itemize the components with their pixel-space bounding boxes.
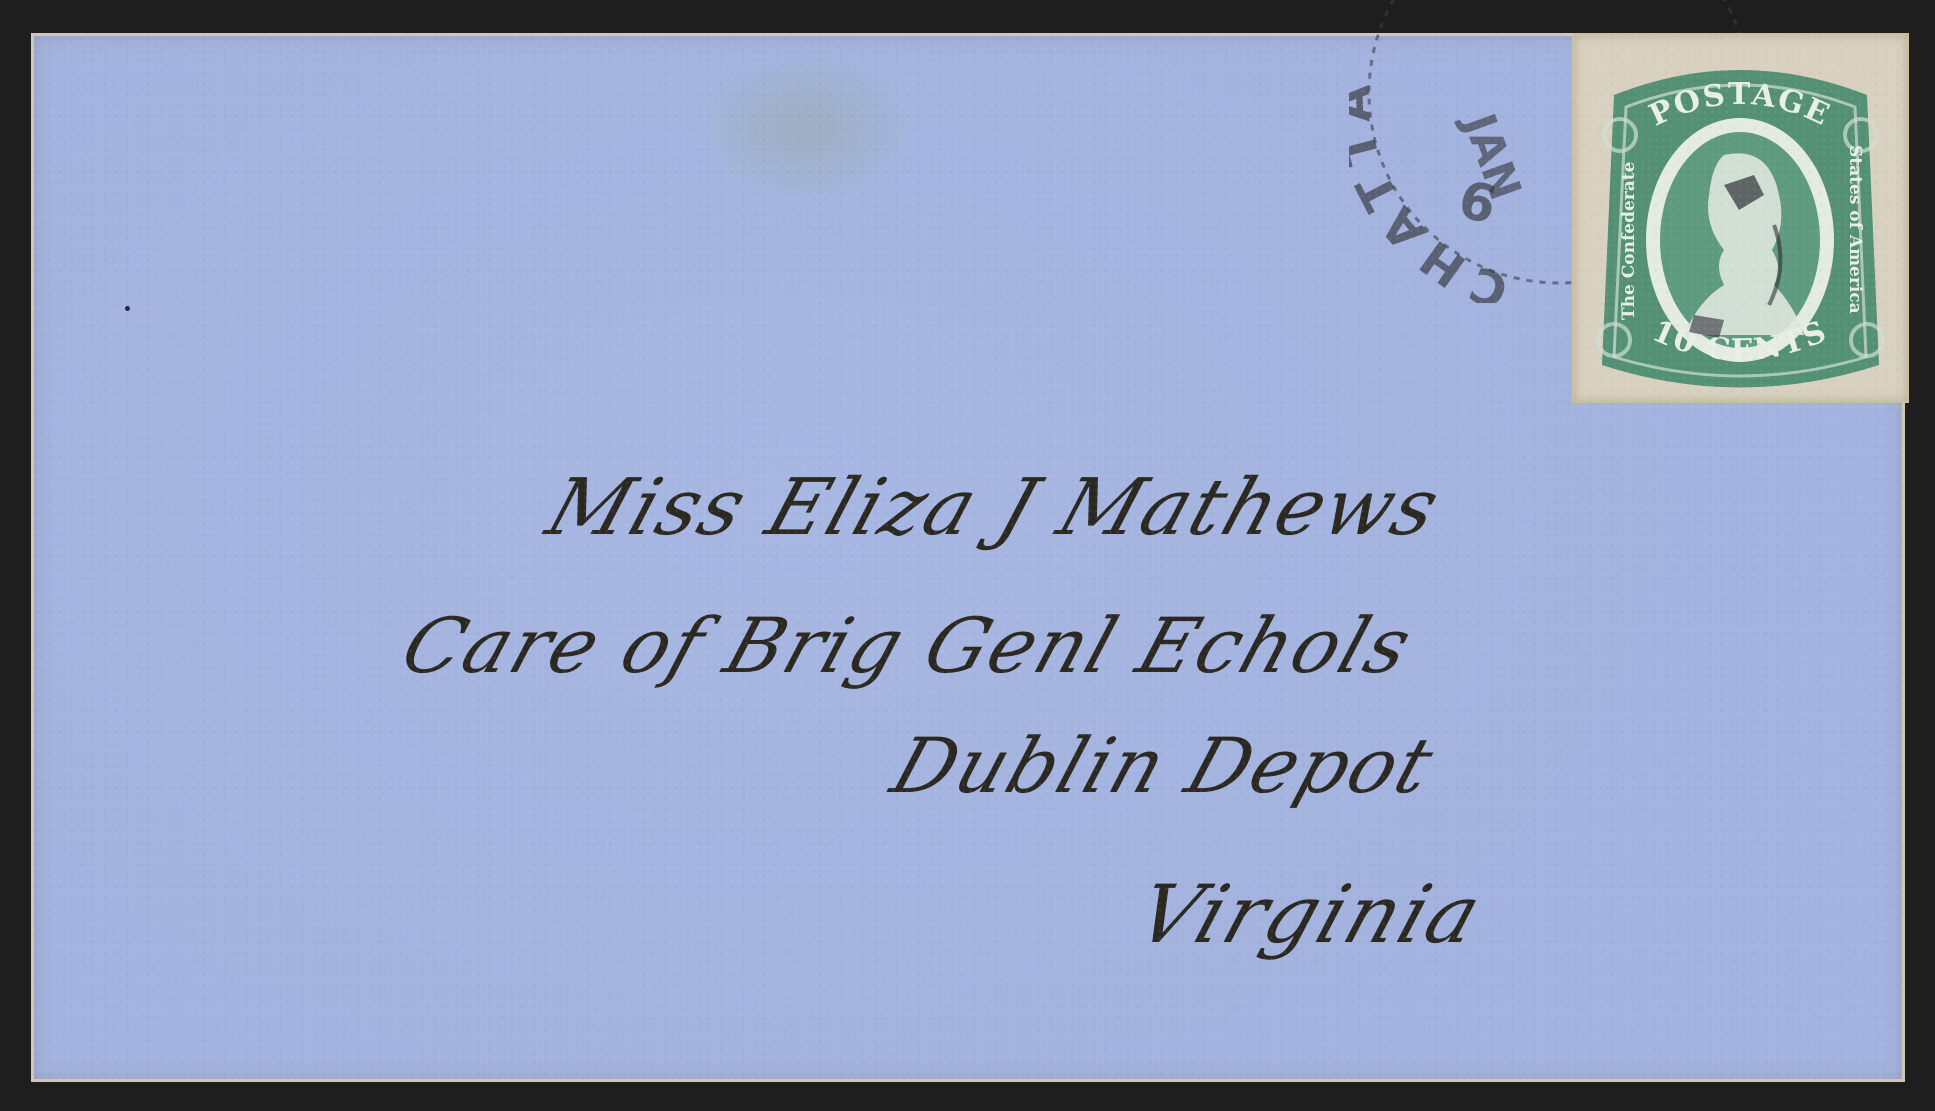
address-block: Miss Eliza J Mathews Care of Brig Genl E… [31, 33, 1905, 1082]
address-recipient: Miss Eliza J Mathews [536, 463, 1451, 553]
address-state: Virginia [1126, 868, 1494, 961]
address-locality: Dublin Depot [882, 721, 1446, 810]
address-care-of: Care of Brig Genl Echols [392, 601, 1424, 690]
envelope: CHATTA JAN 6 POS [31, 33, 1905, 1082]
